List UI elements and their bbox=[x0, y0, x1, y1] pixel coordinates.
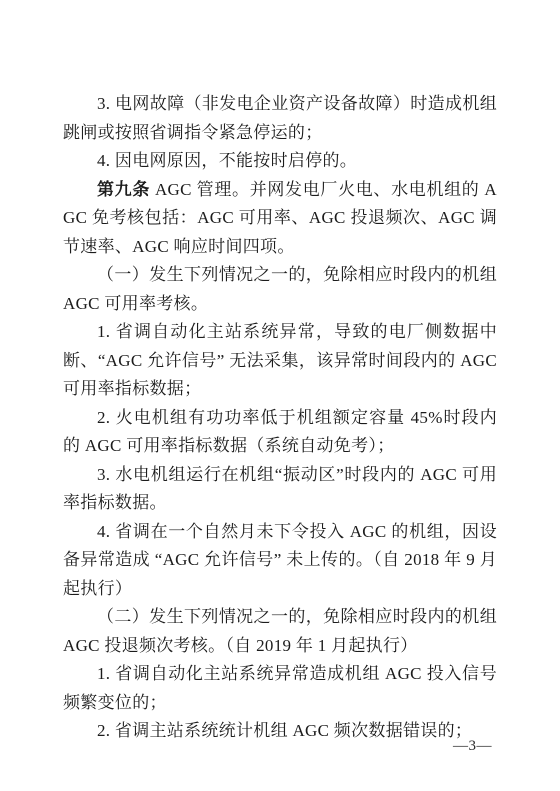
paragraph-text: 3. 电网故障（非发电企业资产设备故障）时造成机组跳闸或按照省调指令紧急停运的； bbox=[63, 94, 497, 142]
paragraph-text: （二）发生下列情况之一的，免除相应时段内的机组 AGC 投退频次考核。（自 20… bbox=[63, 607, 497, 655]
paragraph-item-2-sub-1: 1. 省调自动化主站系统异常造成机组 AGC 投入信号频繁变位的； bbox=[63, 660, 497, 717]
paragraph-item-1-sub-2: 2. 火电机组有功功率低于机组额定容量 45%时段内的 AGC 可用率指标数据（… bbox=[63, 404, 497, 461]
paragraph-text: 4. 因电网原因，不能按时启停的。 bbox=[97, 151, 357, 170]
paragraph-text: （一）发生下列情况之一的，免除相应时段内的机组 AGC 可用率考核。 bbox=[63, 265, 497, 313]
paragraph-text: 4. 省调在一个自然月未下令投入 AGC 的机组，因设备异常造成 “AGC 允许… bbox=[63, 522, 497, 598]
paragraph-text: 2. 省调主站系统统计机组 AGC 频次数据错误的； bbox=[97, 721, 472, 740]
document-page: 3. 电网故障（非发电企业资产设备故障）时造成机组跳闸或按照省调指令紧急停运的；… bbox=[0, 0, 560, 791]
paragraph-text: 3. 水电机组运行在机组“振动区”时段内的 AGC 可用率指标数据。 bbox=[63, 465, 497, 513]
paragraph-item-2-heading: （二）发生下列情况之一的，免除相应时段内的机组 AGC 投退频次考核。（自 20… bbox=[63, 603, 497, 660]
article-number: 第九条 bbox=[97, 180, 150, 199]
paragraph-text: 1. 省调自动化主站系统异常，导致的电厂侧数据中断、“AGC 允许信号” 无法采… bbox=[63, 322, 497, 398]
paragraph-grid-reason: 4. 因电网原因，不能按时启停的。 bbox=[63, 147, 497, 176]
paragraph-text: 2. 火电机组有功功率低于机组额定容量 45%时段内的 AGC 可用率指标数据（… bbox=[63, 408, 497, 456]
paragraph-item-1-sub-4: 4. 省调在一个自然月未下令投入 AGC 的机组，因设备异常造成 “AGC 允许… bbox=[63, 518, 497, 604]
paragraph-item-2-sub-2: 2. 省调主站系统统计机组 AGC 频次数据错误的； bbox=[63, 717, 497, 746]
paragraph-grid-fault: 3. 电网故障（非发电企业资产设备故障）时造成机组跳闸或按照省调指令紧急停运的； bbox=[63, 90, 497, 147]
document-body: 3. 电网故障（非发电企业资产设备故障）时造成机组跳闸或按照省调指令紧急停运的；… bbox=[63, 90, 497, 746]
paragraph-text: 1. 省调自动化主站系统异常造成机组 AGC 投入信号频繁变位的； bbox=[63, 664, 497, 712]
paragraph-item-1-sub-1: 1. 省调自动化主站系统异常，导致的电厂侧数据中断、“AGC 允许信号” 无法采… bbox=[63, 318, 497, 404]
paragraph-item-1-heading: （一）发生下列情况之一的，免除相应时段内的机组 AGC 可用率考核。 bbox=[63, 261, 497, 318]
paragraph-item-1-sub-3: 3. 水电机组运行在机组“振动区”时段内的 AGC 可用率指标数据。 bbox=[63, 461, 497, 518]
page-number: —3— bbox=[453, 736, 492, 756]
paragraph-article-9: 第九条 AGC 管理。并网发电厂火电、水电机组的 AGC 免考核包括：AGC 可… bbox=[63, 176, 497, 262]
